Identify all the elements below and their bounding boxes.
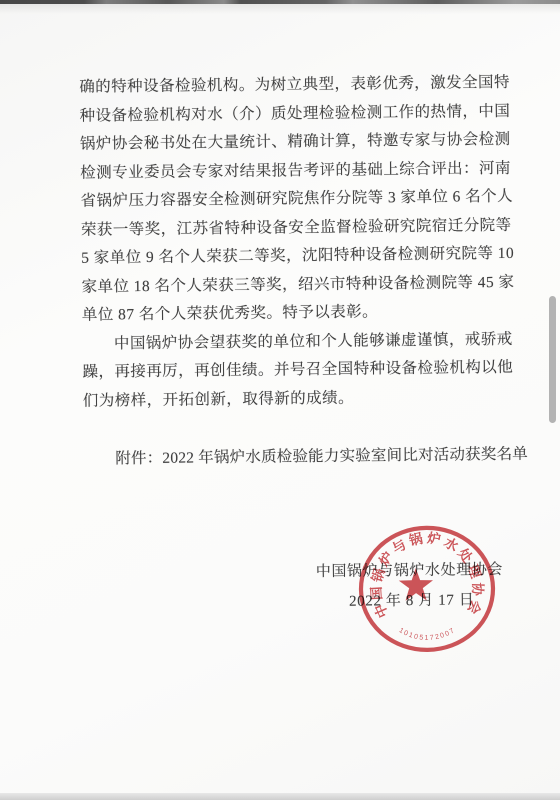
body-line: 们为榜样，开拓创新，取得新的成绩。 — [83, 382, 515, 415]
attachment-line: 附件：2022 年锅炉水质检验能力实验室间比对活动获奖名单 — [83, 441, 523, 474]
body-line: 锅炉协会秘书处在大量统计、精确计算，特邀专家与协会检测 — [80, 126, 512, 159]
body-line: 5 家单位 9 名个人荣获二等奖，沈阳特种设备检测研究院等 10 — [81, 240, 513, 273]
scan-bottom-edge — [0, 793, 560, 800]
body-line: 家单位 18 名个人荣获三等奖，绍兴市特种设备检测院等 45 家 — [81, 268, 513, 301]
official-seal: 中国锅炉与锅炉水处理协会 1101051720073 — [352, 519, 504, 663]
star-icon — [399, 568, 434, 601]
document-body: 确的特种设备检验机构。为树立典型，表彰优秀，激发全国特 种设备检验机构对水（介）… — [79, 69, 515, 416]
scanned-document-page: 确的特种设备检验机构。为树立典型，表彰优秀，激发全国特 种设备检验机构对水（介）… — [0, 0, 560, 800]
body-line: 躁，再接再厉，再创佳绩。并号召全国特种设备检验机构以他 — [82, 354, 514, 387]
body-line: 省锅炉压力容器安全检测研究院焦作分院等 3 家单位 6 名个人 — [80, 183, 512, 216]
body-line: 确的特种设备检验机构。为树立典型，表彰优秀，激发全国特 — [79, 69, 511, 102]
scrollbar-thumb[interactable] — [549, 296, 556, 423]
document-content: 确的特种设备检验机构。为树立典型，表彰优秀，激发全国特 种设备检验机构对水（介）… — [0, 0, 560, 800]
